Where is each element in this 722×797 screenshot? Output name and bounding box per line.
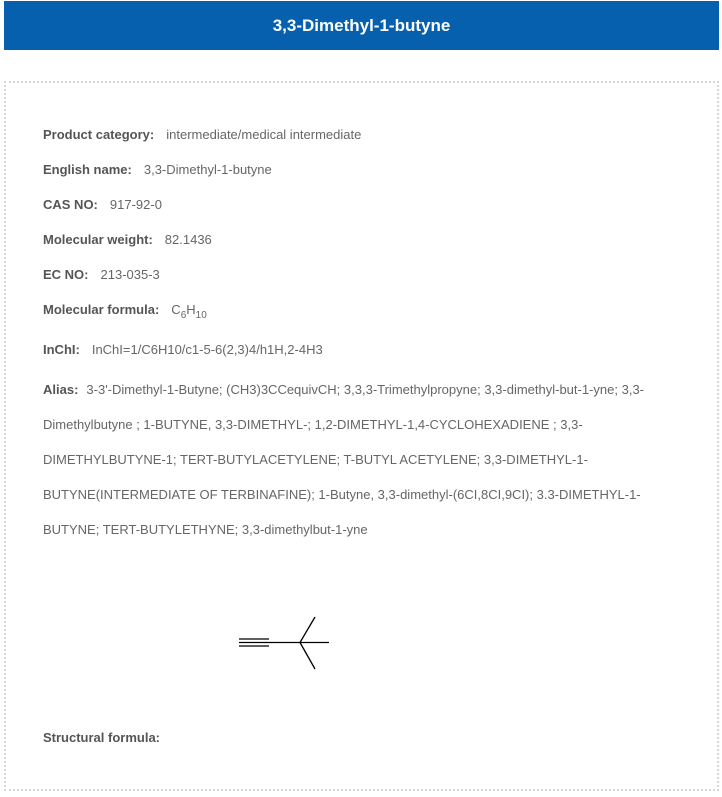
structural-formula-label: Structural formula:	[43, 730, 160, 745]
page-title: 3,3-Dimethyl-1-butyne	[273, 16, 451, 36]
product-details-box: Product category:intermediate/medical in…	[4, 81, 719, 791]
structural-formula-image	[6, 83, 717, 789]
page-header: 3,3-Dimethyl-1-butyne	[4, 1, 719, 50]
